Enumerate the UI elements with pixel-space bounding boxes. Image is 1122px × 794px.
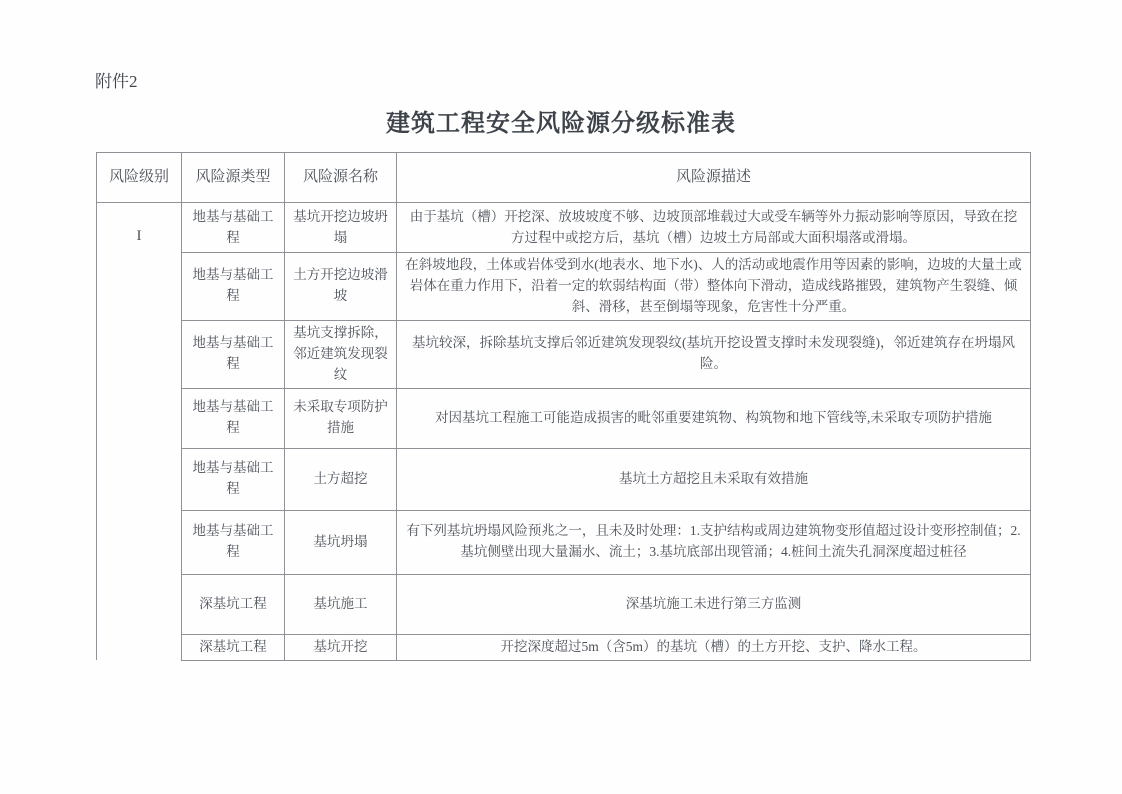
table-row: 地基与基础工程 基坑支撑拆除，邻近建筑发现裂纹 基坑较深，拆除基坑支撑后邻近建筑… bbox=[97, 320, 1031, 388]
risk-desc-cell: 由于基坑（槽）开挖深、放坡坡度不够、边坡顶部堆载过大或受车辆等外力振动影响等原因… bbox=[397, 203, 1031, 253]
risk-type-cell: 深基坑工程 bbox=[182, 574, 285, 634]
risk-name-cell: 基坑坍塌 bbox=[285, 510, 397, 574]
risk-name-cell: 未采取专项防护措施 bbox=[285, 388, 397, 448]
risk-name-cell: 基坑支撑拆除，邻近建筑发现裂纹 bbox=[285, 320, 397, 388]
risk-desc-cell: 对因基坑工程施工可能造成损害的毗邻重要建筑物、构筑物和地下管线等,未采取专项防护… bbox=[397, 388, 1031, 448]
risk-source-table: 风险级别 风险源类型 风险源名称 风险源描述 I 地基与基础工程 基坑开挖边坡坍… bbox=[96, 152, 1031, 661]
table-left-border-continuation bbox=[96, 649, 97, 660]
risk-type-cell: 地基与基础工程 bbox=[182, 510, 285, 574]
header-risk-source-name: 风险源名称 bbox=[285, 153, 397, 203]
table-row: 地基与基础工程 土方超挖 基坑土方超挖且未采取有效措施 bbox=[97, 448, 1031, 510]
risk-name-cell: 基坑开挖 bbox=[285, 634, 397, 660]
table-row: 深基坑工程 基坑开挖 开挖深度超过5m（含5m）的基坑（槽）的土方开挖、支护、降… bbox=[97, 634, 1031, 660]
risk-desc-cell: 有下列基坑坍塌风险预兆之一，且未及时处理：1.支护结构或周边建筑物变形值超过设计… bbox=[397, 510, 1031, 574]
risk-name-cell: 土方开挖边坡滑坡 bbox=[285, 253, 397, 321]
risk-type-cell: 地基与基础工程 bbox=[182, 388, 285, 448]
risk-type-cell: 深基坑工程 bbox=[182, 634, 285, 660]
document-page: 附件2 建筑工程安全风险源分级标准表 风险级别 风险源类型 风险源名称 风险源描… bbox=[0, 0, 1122, 794]
table-row: 地基与基础工程 土方开挖边坡滑坡 在斜坡地段，土体或岩体受到水(地表水、地下水)… bbox=[97, 253, 1031, 321]
risk-desc-cell: 在斜坡地段，土体或岩体受到水(地表水、地下水)、人的活动或地震作用等因素的影响，… bbox=[397, 253, 1031, 321]
header-risk-level: 风险级别 bbox=[97, 153, 182, 203]
table-row: I 地基与基础工程 基坑开挖边坡坍塌 由于基坑（槽）开挖深、放坡坡度不够、边坡顶… bbox=[97, 203, 1031, 253]
risk-desc-cell: 开挖深度超过5m（含5m）的基坑（槽）的土方开挖、支护、降水工程。 bbox=[397, 634, 1031, 660]
risk-name-cell: 基坑施工 bbox=[285, 574, 397, 634]
table-header-row: 风险级别 风险源类型 风险源名称 风险源描述 bbox=[97, 153, 1031, 203]
table-row: 深基坑工程 基坑施工 深基坑施工未进行第三方监测 bbox=[97, 574, 1031, 634]
risk-type-cell: 地基与基础工程 bbox=[182, 320, 285, 388]
risk-type-cell: 地基与基础工程 bbox=[182, 448, 285, 510]
table-row: 地基与基础工程 基坑坍塌 有下列基坑坍塌风险预兆之一，且未及时处理：1.支护结构… bbox=[97, 510, 1031, 574]
risk-type-cell: 地基与基础工程 bbox=[182, 203, 285, 253]
table-row: 地基与基础工程 未采取专项防护措施 对因基坑工程施工可能造成损害的毗邻重要建筑物… bbox=[97, 388, 1031, 448]
risk-level-cell: I bbox=[97, 203, 182, 661]
risk-name-cell: 土方超挖 bbox=[285, 448, 397, 510]
header-risk-source-desc: 风险源描述 bbox=[397, 153, 1031, 203]
risk-desc-cell: 深基坑施工未进行第三方监测 bbox=[397, 574, 1031, 634]
header-risk-source-type: 风险源类型 bbox=[182, 153, 285, 203]
risk-desc-cell: 基坑较深，拆除基坑支撑后邻近建筑发现裂纹(基坑开挖设置支撑时未发现裂缝)，邻近建… bbox=[397, 320, 1031, 388]
risk-desc-cell: 基坑土方超挖且未采取有效措施 bbox=[397, 448, 1031, 510]
risk-name-cell: 基坑开挖边坡坍塌 bbox=[285, 203, 397, 253]
risk-type-cell: 地基与基础工程 bbox=[182, 253, 285, 321]
page-title: 建筑工程安全风险源分级标准表 bbox=[0, 103, 1122, 138]
attachment-label: 附件2 bbox=[95, 67, 138, 92]
